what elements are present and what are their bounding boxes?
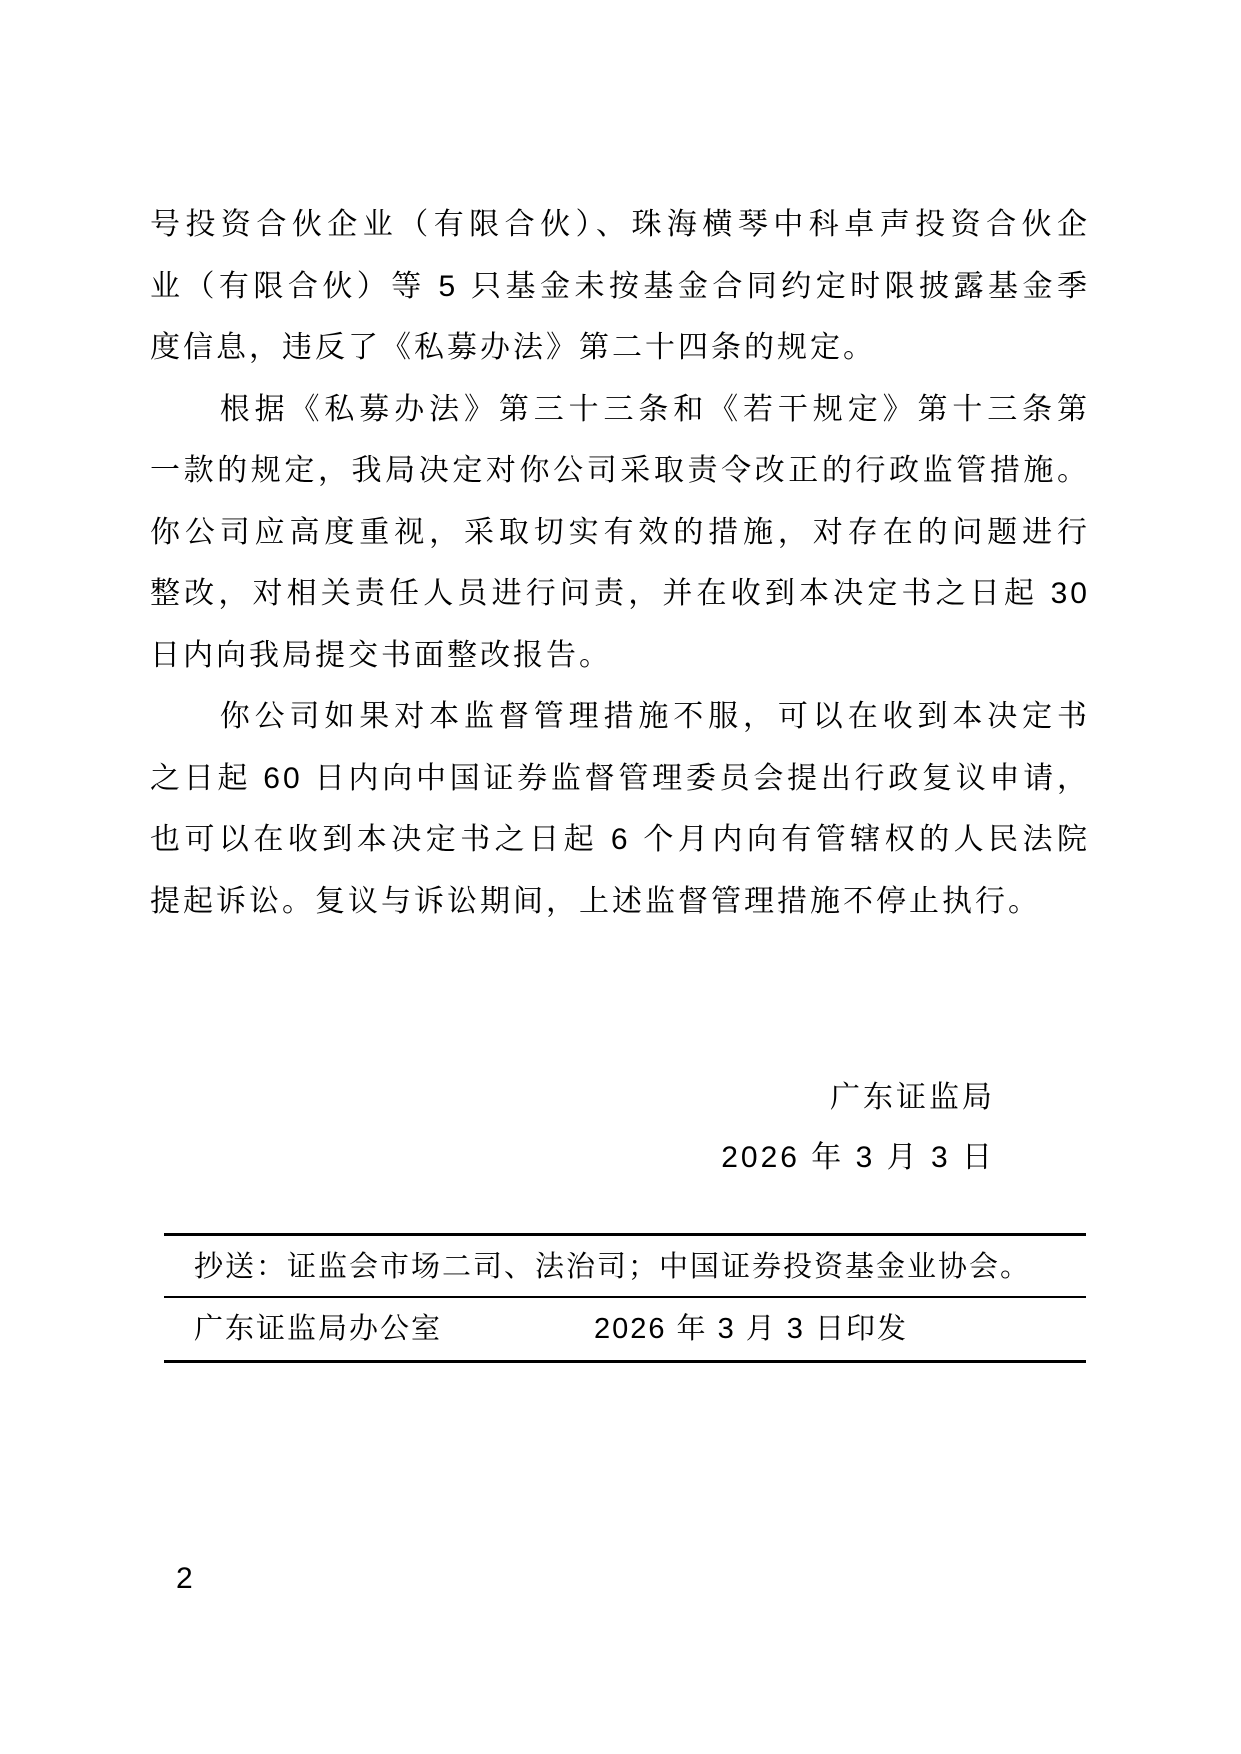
body-line: 业（有限合伙）等 5 只基金未按基金合同约定时限披露基金季 [150,256,1090,318]
paragraph: 根据《私募办法》第三十三条和《若干规定》第十三条第一款的规定，我局决定对你公司采… [150,379,1090,687]
body-line: 号投资合伙企业（有限合伙）、珠海横琴中科卓声投资合伙企 [150,194,1090,256]
body-line: 一款的规定，我局决定对你公司采取责令改正的行政监管措施。 [150,440,1090,502]
body-line: 你公司应高度重视，采取切实有效的措施，对存在的问题进行 [150,502,1090,564]
body-line: 日内向我局提交书面整改报告。 [150,625,1090,687]
paragraph: 你公司如果对本监督管理措施不服，可以在收到本决定书之日起 60 日内向中国证券监… [150,686,1090,932]
signature-block: 广东证监局 2026 年 3 月 3 日 [721,1068,995,1188]
body-line: 提起诉讼。复议与诉讼期间，上述监督管理措施不停止执行。 [150,871,1090,933]
cc-row: 抄送：证监会市场二司、法治司；中国证券投资基金业协会。 [164,1236,1086,1298]
paragraph: 号投资合伙企业（有限合伙）、珠海横琴中科卓声投资合伙企业（有限合伙）等 5 只基… [150,194,1090,379]
signature-org: 广东证监局 [721,1068,995,1128]
body-line: 整改，对相关责任人员进行问责，并在收到本决定书之日起 30 [150,563,1090,625]
print-row: 广东证监局办公室 2026 年 3 月 3 日印发 [164,1298,1086,1360]
document-body: 号投资合伙企业（有限合伙）、珠海横琴中科卓声投资合伙企业（有限合伙）等 5 只基… [150,194,1090,932]
print-date: 2026 年 3 月 3 日印发 [594,1298,908,1360]
body-line: 也可以在收到本决定书之日起 6 个月内向有管辖权的人民法院 [150,809,1090,871]
page-number: 2 [176,1548,193,1609]
issuing-office: 广东证监局办公室 [194,1298,442,1360]
body-line: 根据《私募办法》第三十三条和《若干规定》第十三条第 [150,379,1090,441]
cc-text: 抄送：证监会市场二司、法治司；中国证券投资基金业协会。 [194,1251,1031,1283]
body-line: 你公司如果对本监督管理措施不服，可以在收到本决定书 [150,686,1090,748]
signature-date: 2026 年 3 月 3 日 [721,1128,995,1188]
footer-table: 抄送：证监会市场二司、法治司；中国证券投资基金业协会。 广东证监局办公室 202… [164,1233,1086,1363]
document-page: 号投资合伙企业（有限合伙）、珠海横琴中科卓声投资合伙企业（有限合伙）等 5 只基… [0,0,1241,1754]
body-line: 之日起 60 日内向中国证券监督管理委员会提出行政复议申请， [150,748,1090,810]
body-line: 度信息，违反了《私募办法》第二十四条的规定。 [150,317,1090,379]
